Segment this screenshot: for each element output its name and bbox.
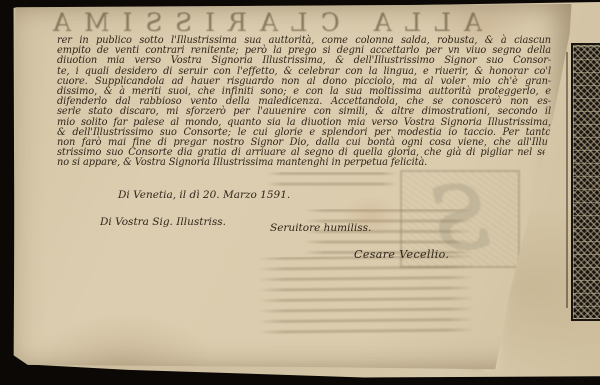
signature: Cesare Vecellio. [354, 248, 449, 261]
book-photo: ALLA CLARISSIMA S rer in publico sotto l… [0, 0, 600, 385]
valediction: Seruitore humiliss. [270, 222, 371, 234]
showthrough-title: ALLA CLARISSIMA [74, 8, 482, 37]
woodcut-border-strip [573, 45, 600, 319]
showthrough-text-lines [267, 172, 397, 188]
dedication-paragraph: rer in publico sotto l'Illustrissima sua… [57, 36, 551, 169]
showthrough-text-lines [258, 255, 474, 341]
dateline: Di Venetia, il dì 20. Marzo 1591. [118, 189, 290, 201]
closing-line: Di Vostra Sig. Illustriss. [100, 216, 226, 228]
book-page: ALLA CLARISSIMA S rer in publico sotto l… [12, 4, 572, 370]
border-rule-line [566, 52, 568, 308]
text-line: no si appare, & Vostra Signoria Illustri… [57, 158, 551, 168]
